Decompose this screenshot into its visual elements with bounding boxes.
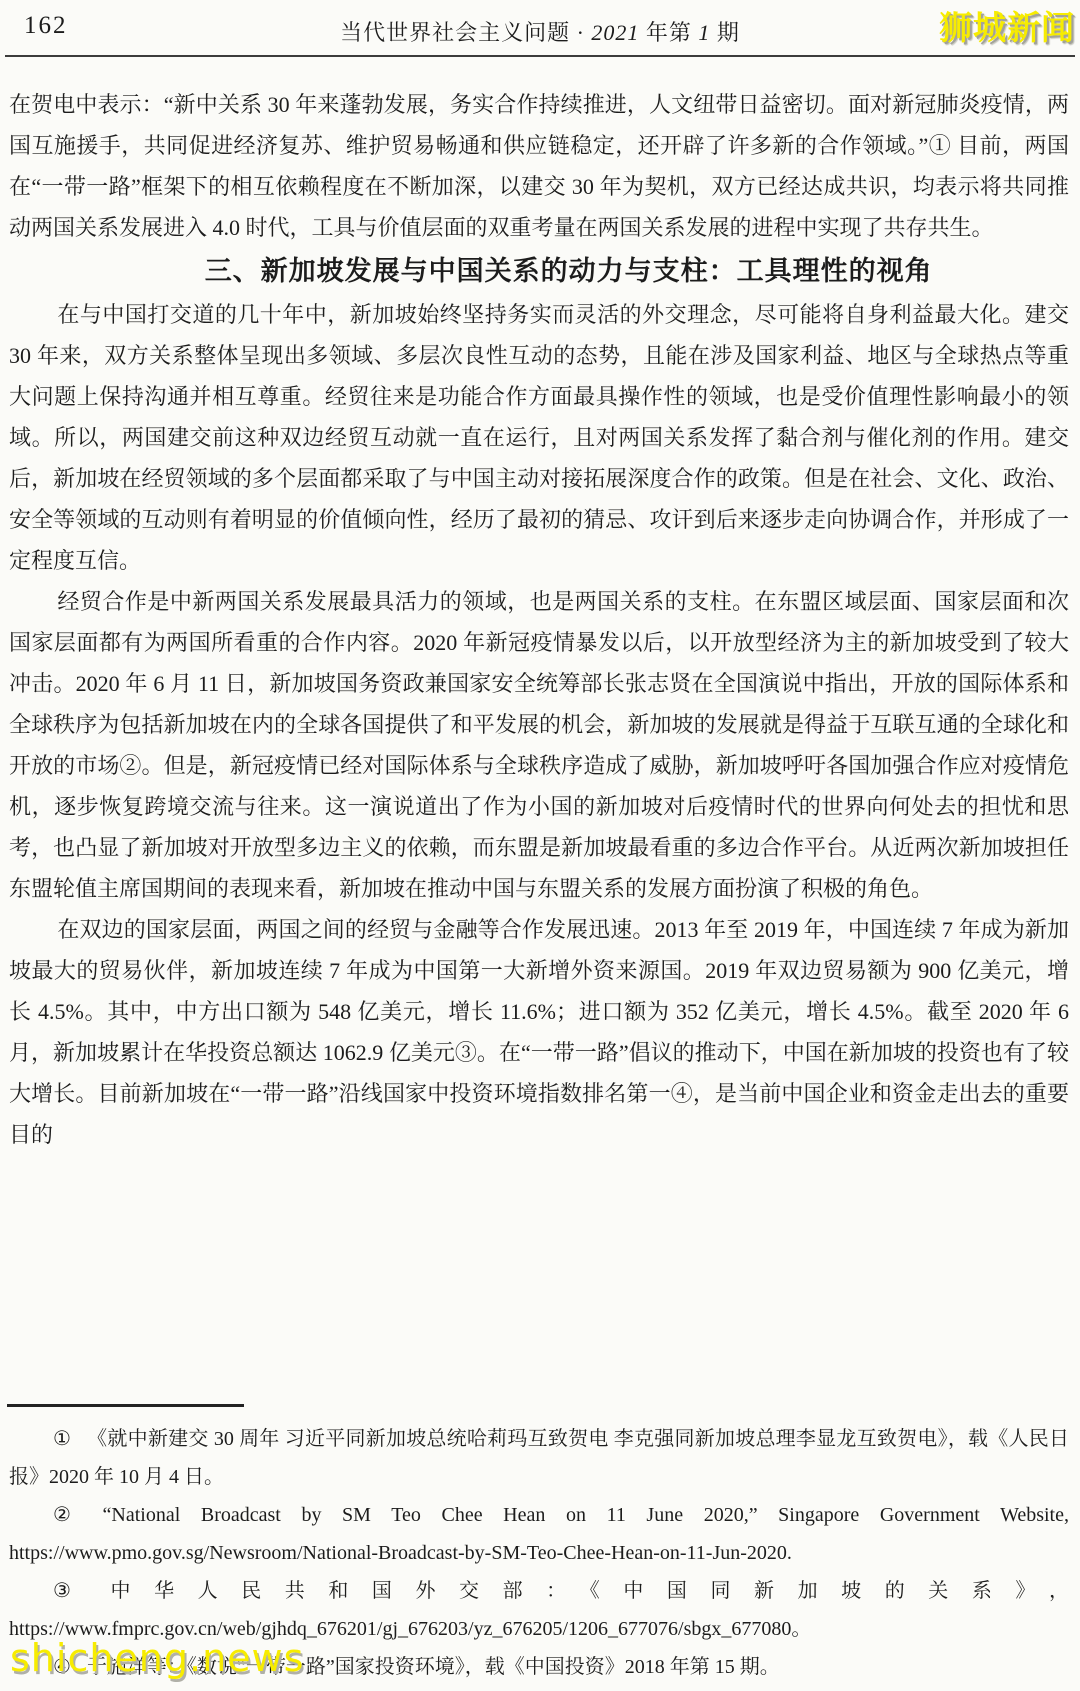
watermark-top: 狮城新闻 (939, 10, 1075, 46)
paragraph: 经贸合作是中新两国关系发展最具活力的领域，也是两国关系的支柱。在东盟区域层面、国… (9, 581, 1069, 909)
journal-year: 2021 (591, 20, 639, 45)
footnote-divider (7, 1404, 244, 1407)
footnote-marker: ③ (53, 1580, 95, 1602)
paragraph-continued: 在贺电中表示：“新中关系 30 年来蓬勃发展，务实合作持续推进，人文纽带日益密切… (9, 84, 1069, 248)
footnote-item: ①《就中新建交 30 周年 习近平同新加坡总统哈莉玛互致贺电 李克强同新加坡总理… (9, 1420, 1069, 1496)
footnote-text: 中华人民共和国外交部：《中国同新加坡的关系》，https://www.fmprc… (9, 1580, 1069, 1640)
journal-separator: · (570, 20, 591, 45)
paragraph: 在双边的国家层面，两国之间的经贸与金融等合作发展迅速。2013 年至 2019 … (9, 909, 1069, 1155)
section-heading: 三、新加坡发展与中国关系的动力与支柱：工具理性的视角 (9, 248, 1069, 294)
journal-name: 当代世界社会主义问题 (340, 20, 570, 45)
header-rule (5, 55, 1075, 57)
watermark-bottom: shicheng.news (10, 1638, 304, 1680)
footnote-item: ②“National Broadcast by SM Teo Chee Hean… (9, 1496, 1069, 1572)
paragraph: 在与中国打交道的几十年中，新加坡始终坚持务实而灵活的外交理念，尽可能将自身利益最… (9, 294, 1069, 581)
article-body: 在贺电中表示：“新中关系 30 年来蓬勃发展，务实合作持续推进，人文纽带日益密切… (9, 84, 1069, 1155)
journal-page: 162 当代世界社会主义问题 · 2021 年第 1 期 狮城新闻 在贺电中表示… (0, 0, 1080, 1691)
journal-year-suffix: 年第 (639, 20, 698, 45)
footnote-marker: ① (53, 1428, 71, 1450)
journal-issue-suffix: 期 (710, 20, 740, 45)
footnote-marker: ② (53, 1504, 87, 1526)
journal-title: 当代世界社会主义问题 · 2021 年第 1 期 (0, 16, 1080, 47)
footnote-text: “National Broadcast by SM Teo Chee Hean … (9, 1504, 1069, 1564)
footnote-text: 《就中新建交 30 周年 习近平同新加坡总统哈莉玛互致贺电 李克强同新加坡总理李… (9, 1428, 1069, 1488)
journal-issue: 1 (698, 20, 710, 45)
